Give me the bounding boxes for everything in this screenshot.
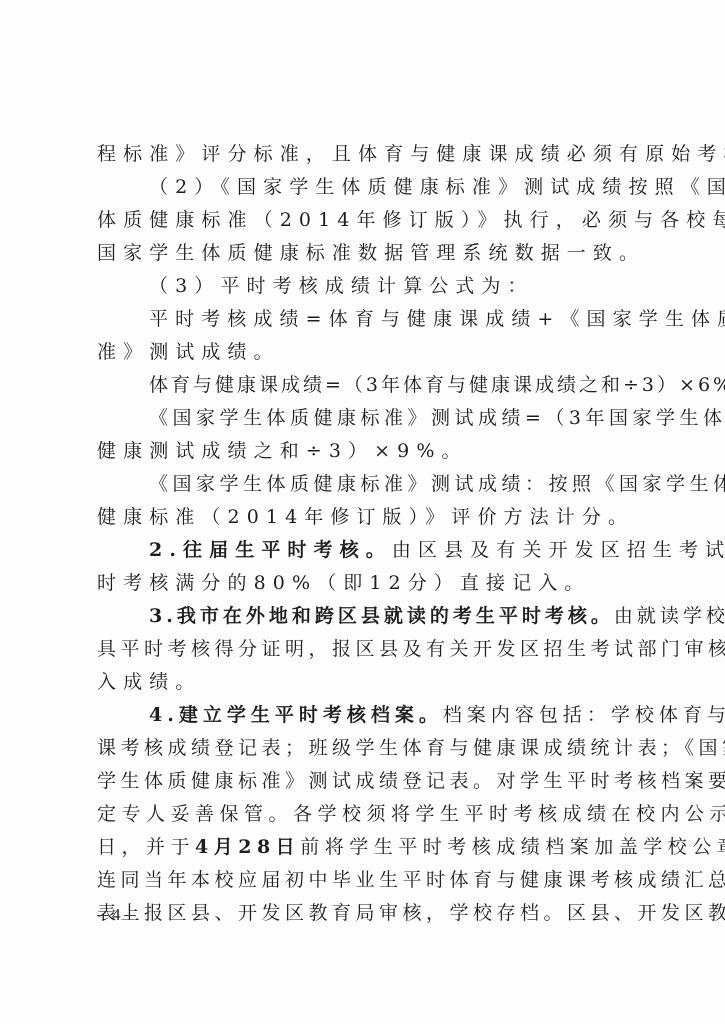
text-line: 体育与健康课成绩=（3年体育与健康课成绩之和÷3）×6%。 [97,369,633,402]
text-segment: 日，并于 [97,836,195,858]
text-line: 国家学生体质健康标准数据管理系统数据一致。 [97,237,633,270]
item-4-date-line: 日，并于4月28日前将学生平时考核成绩档案加盖学校公章， [97,831,633,864]
text-line: 《国家学生体质健康标准》测试成绩=（3年国家学生体质 [97,402,633,435]
text-line: 入成绩。 [97,666,633,699]
item-3-heading: 3.我市在外地和跨区县就读的考生平时考核。 [149,605,614,627]
text-line: 健康测试成绩之和÷3）×9%。 [97,435,633,468]
text-line: 程标准》评分标准，且体育与健康课成绩必须有原始考核资料。 [97,138,633,171]
item-3-line: 3.我市在外地和跨区县就读的考生平时考核。由就读学校出 [97,600,633,633]
page-number-dash-right [124,915,136,916]
item-4-line: 4.建立学生平时考核档案。档案内容包括：学校体育与健康 [97,699,633,732]
text-line: 学生体质健康标准》测试成绩登记表。对学生平时考核档案要指 [97,765,633,798]
text-line: 表上报区县、开发区教育局审核，学校存档。区县、开发区教育 [97,897,633,930]
page-number-dash-left [97,915,109,916]
text-line: （2）《国家学生体质健康标准》测试成绩按照《国家学生 [97,171,633,204]
text-segment: 前将学生平时考核成绩档案加盖学校公章， [300,836,725,858]
document-page: 程标准》评分标准，且体育与健康课成绩必须有原始考核资料。 （2）《国家学生体质健… [0,0,725,1024]
item-3-text: 由就读学校出 [614,605,725,627]
text-line: 体质健康标准（2014年修订版）》执行，必须与各校每年上报 [97,204,633,237]
text-line: 具平时考核得分证明，报区县及有关开发区招生考试部门审核记 [97,633,633,666]
page-number: 4 [97,905,136,925]
text-line: 时考核满分的80%（即12分）直接记入。 [97,567,633,600]
text-line: 平时考核成绩=体育与健康课成绩+《国家学生体质健康标 [97,303,633,336]
text-line: 《国家学生体质健康标准》测试成绩：按照《国家学生体质 [97,468,633,501]
item-2-line: 2.往届生平时考核。由区县及有关开发区招生考试部门按平 [97,534,633,567]
item-2-text: 由区县及有关开发区招生考试部门按平 [392,539,725,561]
text-line: （3）平时考核成绩计算公式为： [97,270,633,303]
text-line: 定专人妥善保管。各学校须将学生平时考核成绩在校内公示5 [97,798,633,831]
document-body: 程标准》评分标准，且体育与健康课成绩必须有原始考核资料。 （2）《国家学生体质健… [97,138,633,930]
page-number-value: 4 [109,905,124,925]
text-line: 健康标准（2014年修订版）》评价方法计分。 [97,501,633,534]
text-line: 课考核成绩登记表；班级学生体育与健康课成绩统计表；《国家 [97,732,633,765]
item-2-heading: 2.往届生平时考核。 [149,539,392,561]
text-line: 准》测试成绩。 [97,336,633,369]
text-line: 连同当年本校应届初中毕业生平时体育与健康课考核成绩汇总 [97,864,633,897]
item-4-heading: 4.建立学生平时考核档案。 [149,704,443,726]
deadline-date: 4月28日 [195,836,300,858]
item-4-text: 档案内容包括：学校体育与健康 [443,704,725,726]
